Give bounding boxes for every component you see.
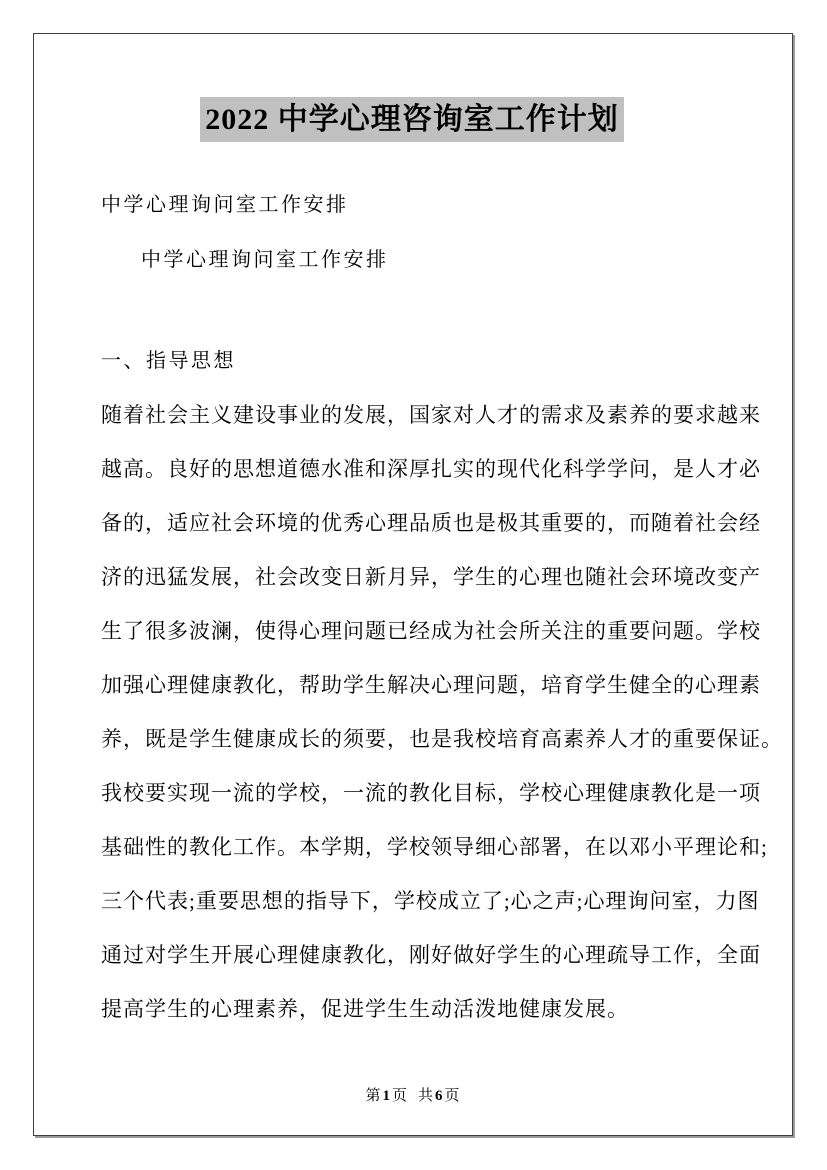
paragraph-line: 加强心理健康教化，帮助学生解决心理问题，培育学生健全的心理素 — [101, 658, 723, 712]
section-heading: 一、指导思想 — [101, 334, 723, 388]
title-row: 2022 中学心理咨询室工作计划 — [101, 97, 723, 142]
footer-current-page: 第1页 — [365, 1088, 408, 1104]
subtitle-line-2: 中学心理询问室工作安排 — [101, 233, 723, 288]
paragraph-line: 生了很多波澜，使得心理问题已经成为社会所关注的重要问题。学校 — [101, 604, 723, 658]
paragraph-line: 备的，适应社会环境的优秀心理品质也是极其重要的，而随着社会经 — [101, 496, 723, 550]
paragraph-line: 提高学生的心理素养，促进学生生动活泼地健康发展。 — [101, 982, 723, 1036]
paragraph-line: 随着社会主义建设事业的发展，国家对人才的需求及素养的要求越来 — [101, 388, 723, 442]
paragraph-line: 三个代表;重要思想的指导下，学校成立了;心之声;心理询问室，力图 — [101, 874, 723, 928]
footer-current-number: 1 — [381, 1088, 392, 1104]
document-canvas: 2022 中学心理咨询室工作计划 中学心理询问室工作安排 中学心理询问室工作安排… — [0, 0, 827, 1170]
footer-total-prefix: 共 — [418, 1088, 434, 1104]
paragraph-line: 通过对学生开展心理健康教化，刚好做好学生的心理疏导工作，全面 — [101, 928, 723, 982]
footer-total-pages: 共6页 — [418, 1088, 461, 1104]
paragraph-line: 养，既是学生健康成长的须要，也是我校培育高素养人才的重要保证。 — [101, 712, 723, 766]
footer-total-number: 6 — [434, 1088, 445, 1104]
footer-current-prefix: 第 — [365, 1088, 381, 1104]
paragraph-line: 我校要实现一流的学校，一流的教化目标，学校心理健康教化是一项 — [101, 766, 723, 820]
page-footer: 第1页共6页 — [34, 1084, 792, 1105]
body-paragraph: 随着社会主义建设事业的发展，国家对人才的需求及素养的要求越来越高。良好的思想道德… — [101, 388, 723, 1036]
document-page: 2022 中学心理咨询室工作计划 中学心理询问室工作安排 中学心理询问室工作安排… — [33, 33, 793, 1136]
paragraph-line: 济的迅猛发展，社会改变日新月异，学生的心理也随社会环境改变产 — [101, 550, 723, 604]
subtitle-line-1: 中学心理询问室工作安排 — [101, 178, 723, 233]
paragraph-line: 越高。良好的思想道德水准和深厚扎实的现代化科学学问，是人才必 — [101, 442, 723, 496]
footer-current-suffix: 页 — [392, 1088, 408, 1104]
footer-total-suffix: 页 — [445, 1088, 461, 1104]
document-title: 2022 中学心理咨询室工作计划 — [200, 97, 624, 142]
paragraph-line: 基础性的教化工作。本学期，学校领导细心部署，在以邓小平理论和; — [101, 820, 723, 874]
